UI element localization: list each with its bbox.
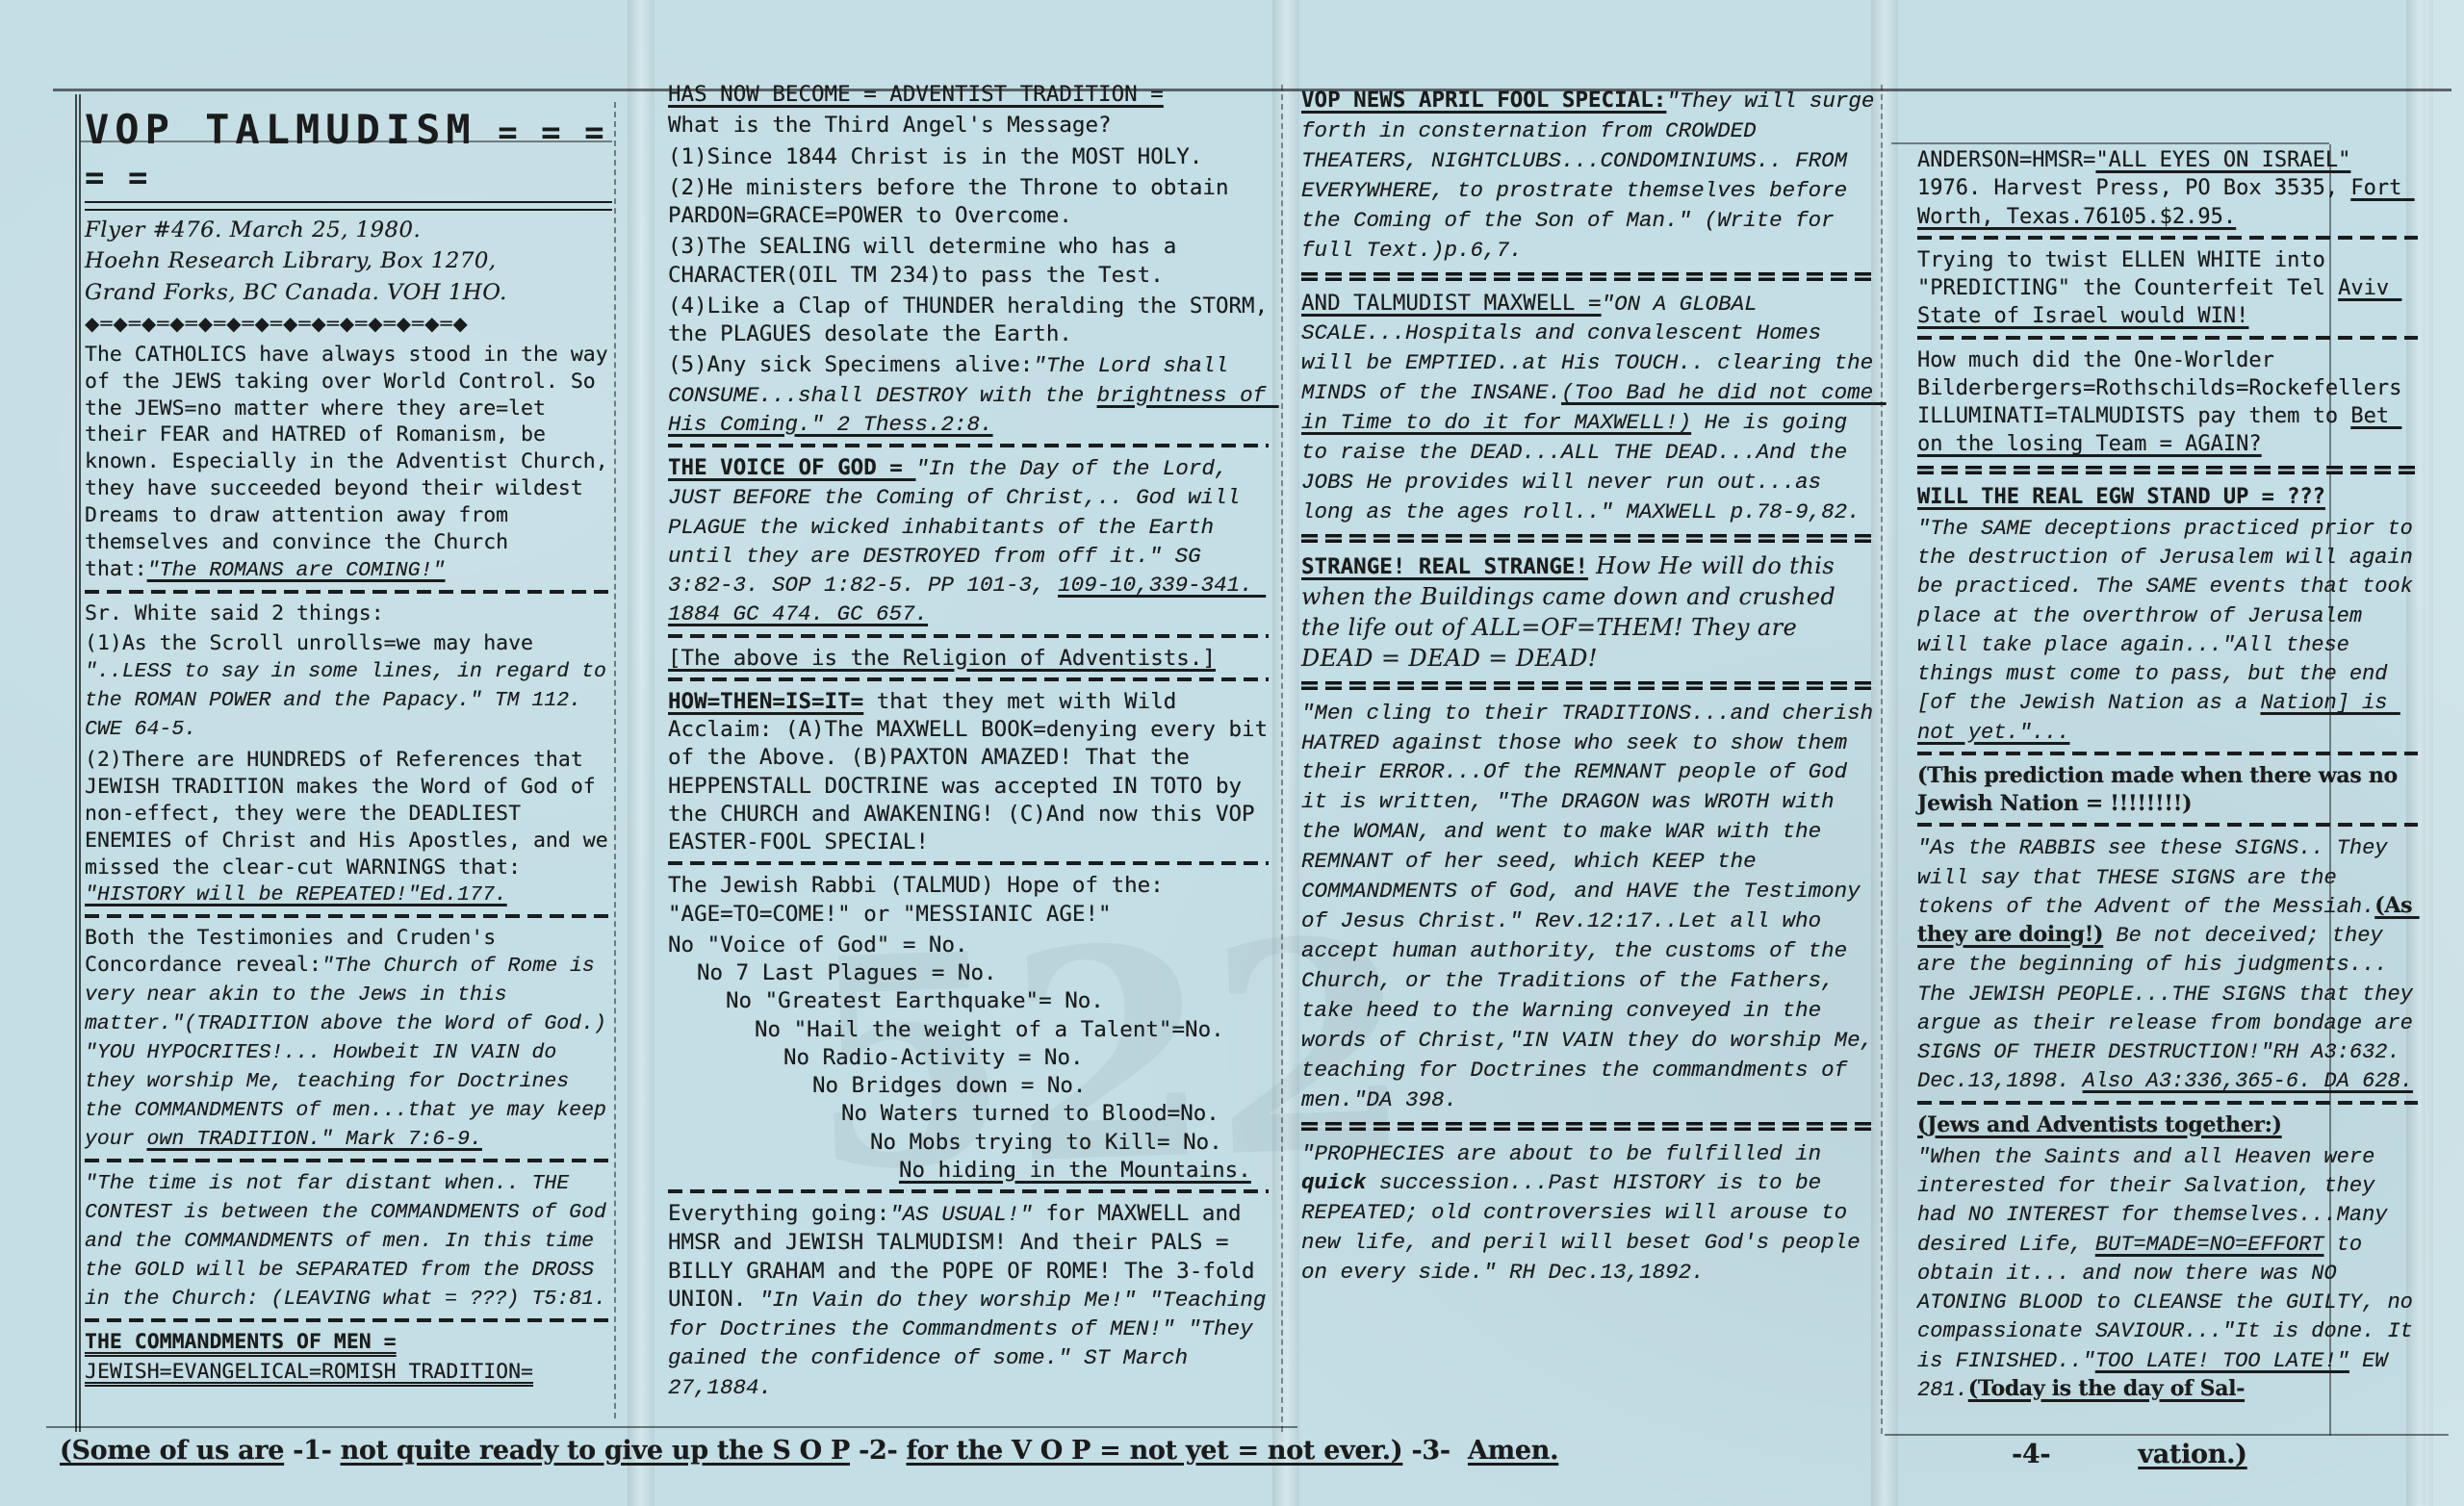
panel4-top-rule <box>1891 142 2329 144</box>
text-run: (3)The SEALING will determine who has a … <box>668 234 1190 287</box>
text-run: (Jews and Adventists together:) <box>1917 1112 2282 1137</box>
text-run: STRANGE! REAL STRANGE! <box>1301 554 1588 579</box>
paragraph: What is the Third Angel's Message? <box>668 112 1269 140</box>
text-run: "HISTORY will be REPEATED!"Ed.177. <box>85 883 507 906</box>
stair-item: No hiding in the Mountains. <box>668 1157 1269 1185</box>
text-run: (Some of us are <box>60 1436 284 1466</box>
divider-heavy <box>1301 1122 1875 1131</box>
paragraph: HOW=THEN=IS=IT= that they met with Wild … <box>668 688 1269 857</box>
divider-dashed <box>1917 336 2418 340</box>
paragraph: (1)As the Scroll unrolls=we may have "..… <box>85 630 612 744</box>
text-run: What is the Third Angel's Message? <box>668 113 1112 138</box>
text-run: HAS NOW BECOME = ADVENTIST TRADITION = <box>668 82 1164 107</box>
text-run: Flyer #476. March 25, 1980. <box>85 217 421 242</box>
divider-dashed <box>1917 236 2418 240</box>
column-3: VOP NEWS APRIL FOOL SPECIAL:"They will s… <box>1301 87 1875 1290</box>
stair-item: No Bridges down = No. <box>668 1072 1269 1100</box>
stair-item: No Waters turned to Blood=No. <box>668 1100 1269 1128</box>
paragraph: VOP NEWS APRIL FOOL SPECIAL:"They will s… <box>1301 87 1875 266</box>
divider-dashed <box>668 1189 1269 1193</box>
scanned-flyer-page: 522 VOP TALMUDISM = = = = =Flyer #476. M… <box>0 0 2464 1506</box>
text-run: for the V O P = not yet = not ever.) <box>906 1436 1402 1466</box>
paragraph: STRANGE! REAL STRANGE! How He will do th… <box>1301 551 1875 675</box>
text-run: THE VOICE OF GOD = <box>668 455 915 480</box>
text-run: "Men cling to their TRADITIONS...and che… <box>1301 701 1886 1112</box>
paragraph: (This prediction made when there was no … <box>1917 762 2418 819</box>
stair-item: No "Greatest Earthquake"= No. <box>668 987 1269 1015</box>
text-run: THE COMMANDMENTS OF MEN = <box>85 1330 397 1354</box>
text-run: "The SAME deceptions practiced prior to … <box>1917 517 2425 716</box>
text-run: "The ROMANS are COMING!" <box>147 559 446 582</box>
text-run: (4)Like a Clap of THUNDER heralding the … <box>668 294 1281 346</box>
paper-edge <box>2425 0 2464 1506</box>
stair-item: No "Voice of God" = No. <box>668 932 1269 959</box>
divider-dashed <box>85 914 612 918</box>
text-run: The CATHOLICS have always stood in the w… <box>85 343 621 582</box>
paragraph: "As the RABBIS see these SIGNS.. They wi… <box>1917 833 2418 1095</box>
text-run: HOW=THEN=IS=IT= <box>668 689 863 714</box>
paragraph: Trying to twist ELLEN WHITE into "PREDIC… <box>1917 246 2418 331</box>
text-run: "PROPHECIES are about to be fulfilled in <box>1301 1141 1835 1166</box>
fold-crease <box>628 0 654 1506</box>
divider-dashed <box>1917 1101 2418 1105</box>
divider-double <box>85 201 612 211</box>
paragraph: (4)Like a Clap of THUNDER heralding the … <box>668 293 1269 349</box>
text-run: (1)As the Scroll unrolls=we may have <box>85 631 546 655</box>
divider-dashed <box>85 1318 612 1322</box>
bottom-rule-right <box>1885 1434 2449 1436</box>
text-run: WILL THE REAL EGW STAND UP = ??? <box>1917 485 2325 509</box>
paragraph: Everything going:"AS USUAL!" for MAXWELL… <box>668 1200 1269 1402</box>
divider-dashed <box>1917 752 2418 755</box>
panel3-4-separator <box>1881 85 1883 1434</box>
text-run: The Jewish Rabbi (TALMUD) Hope of the: "… <box>668 873 1176 926</box>
footer-line: (Some of us are -1- not quite ready to g… <box>60 1436 1561 1466</box>
paragraph: Both the Testimonies and Cruden's Concor… <box>85 925 612 1154</box>
text-run: Amen. <box>1468 1436 1558 1466</box>
text-run: TOO LATE! TOO LATE!" <box>2095 1349 2349 1373</box>
paragraph: AND TALMUDIST MAXWELL ="ON A GLOBAL SCAL… <box>1301 290 1875 527</box>
stair-list: No "Voice of God" = No.No 7 Last Plagues… <box>668 932 1269 1185</box>
text-run: BUT=MADE=NO=EFFORT <box>2095 1233 2324 1257</box>
text-run: (2)There are HUNDREDS of References that… <box>85 748 621 880</box>
text-run: "AS USUAL!" <box>889 1202 1033 1227</box>
paragraph: The CATHOLICS have always stood in the w… <box>85 342 612 585</box>
text-run: [The above is the Religion of Adventists… <box>668 646 1216 671</box>
text-run: "As the RABBIS see these SIGNS.. They wi… <box>1917 836 2400 919</box>
text-run: "ALL EYES ON ISRAEL" <box>2095 148 2350 172</box>
paragraph: "When the Saints and all Heaven were int… <box>1917 1142 2418 1404</box>
divider-dashed <box>1917 823 2418 827</box>
paragraph: THE VOICE OF GOD = "In the Day of the Lo… <box>668 454 1269 629</box>
stair-item: No Radio-Activity = No. <box>668 1044 1269 1072</box>
paragraph: HAS NOW BECOME = ADVENTIST TRADITION = <box>668 81 1269 109</box>
paragraph: Grand Forks, BC Canada. VOH 1HO. <box>85 279 612 308</box>
divider-heavy <box>1917 466 2418 474</box>
text-run: succession...Past HISTORY is to be REPEA… <box>1301 1170 1873 1285</box>
divider-heavy <box>1301 272 1875 281</box>
paragraph: Flyer #476. March 25, 1980. <box>85 217 612 245</box>
paragraph: (2)He ministers before the Throne to obt… <box>668 174 1269 231</box>
divider-dashed <box>85 1159 612 1162</box>
text-run: ANDERSON=HMSR= <box>1917 148 2095 172</box>
column-2: HAS NOW BECOME = ADVENTIST TRADITION =Wh… <box>668 81 1269 1405</box>
text-run: AND TALMUDIST MAXWELL = <box>1301 291 1602 316</box>
divider-dashed <box>668 444 1269 447</box>
text-run: "They will surge forth in consternation … <box>1301 89 1887 263</box>
paragraph: THE COMMANDMENTS OF MEN = <box>85 1329 612 1356</box>
text-run: Grand Forks, BC Canada. VOH 1HO. <box>85 280 507 305</box>
text-run: (1)Since 1844 Christ is in the MOST HOLY… <box>668 144 1202 169</box>
text-run: JEWISH=EVANGELICAL=ROMISH TRADITION= <box>85 1360 533 1384</box>
footer-page-number: -4- vation.) <box>2012 1440 2454 1469</box>
fold-crease <box>1272 0 1299 1506</box>
paragraph: The Jewish Rabbi (TALMUD) Hope of the: "… <box>668 872 1269 929</box>
paragraph: WILL THE REAL EGW STAND UP = ??? <box>1917 483 2418 511</box>
document-title: VOP TALMUDISM = = = = = <box>85 104 612 199</box>
text-run: quick <box>1301 1170 1367 1195</box>
text-run: -3- <box>1402 1436 1468 1466</box>
text-run: VOP TALMUDISM <box>85 106 476 153</box>
divider-dashed <box>668 861 1269 865</box>
divider-heavy <box>1301 534 1875 543</box>
text-run: Also A3:336,365-6. DA 628. <box>2083 1069 2413 1093</box>
text-run: Hoehn Research Library, Box 1270, <box>85 248 497 273</box>
text-run: VOP NEWS APRIL FOOL SPECIAL: <box>1301 88 1666 113</box>
paragraph: (5)Any sick Specimens alive:"The Lord sh… <box>668 351 1269 439</box>
text-run: -1- <box>284 1436 341 1466</box>
paragraph: How much did the One-Worlder Bilderberge… <box>1917 346 2418 459</box>
panel1-left-border <box>75 94 81 1432</box>
fold-crease <box>1871 0 1898 1506</box>
bottom-rule-left <box>46 1426 1297 1428</box>
column-4: ANDERSON=HMSR="ALL EYES ON ISRAEL" 1976.… <box>1917 146 2418 1407</box>
text-run: vation.) <box>2138 1440 2246 1469</box>
text-run: own TRADITION." Mark 7:6-9. <box>147 1128 482 1151</box>
text-run: Everything going: <box>668 1201 889 1226</box>
divider-dashed <box>668 634 1269 638</box>
divider-dashed <box>668 677 1269 681</box>
paragraph: JEWISH=EVANGELICAL=ROMISH TRADITION= <box>85 1359 612 1386</box>
paragraph: "The time is not far distant when.. THE … <box>85 1169 612 1314</box>
stair-item: No Mobs trying to Kill= No. <box>668 1129 1269 1157</box>
paragraph: (1)Since 1844 Christ is in the MOST HOLY… <box>668 143 1269 171</box>
text-run: -2- <box>850 1436 907 1466</box>
text-run: "The Church of Rome is very near akin to… <box>85 955 619 1151</box>
text-run: (This prediction made when there was no … <box>1917 763 2404 816</box>
text-run: Trying to twist ELLEN WHITE into "PREDIC… <box>1917 248 2338 300</box>
text-run: (5)Any sick Specimens alive: <box>668 352 1033 377</box>
text-run: Be not deceived; they are the beginning … <box>1917 924 2425 1093</box>
divider-dashed <box>85 590 612 594</box>
divider-heavy <box>1301 681 1875 690</box>
text-run: (LEAVING what = ???) T5:81. <box>271 1288 606 1311</box>
paragraph: (Jews and Adventists together:) <box>1917 1111 2418 1139</box>
text-run: -4- <box>2012 1440 2138 1469</box>
text-run: "..LESS to say in some lines, in regard … <box>85 660 619 741</box>
paragraph: "The SAME deceptions practiced prior to … <box>1917 514 2418 747</box>
text-run: Sr. White said 2 things: <box>85 601 384 625</box>
panel2-3-separator <box>1281 85 1283 1432</box>
paragraph: (3)The SEALING will determine who has a … <box>668 233 1269 290</box>
stair-item: No 7 Last Plagues = No. <box>668 959 1269 987</box>
stair-item: No "Hail the weight of a Talent"=No. <box>668 1016 1269 1044</box>
text-run: (2)He ministers before the Throne to obt… <box>668 175 1242 228</box>
paragraph: ANDERSON=HMSR="ALL EYES ON ISRAEL" 1976.… <box>1917 146 2418 231</box>
paragraph: (2)There are HUNDREDS of References that… <box>85 747 612 910</box>
paragraph: [The above is the Religion of Adventists… <box>668 645 1269 673</box>
text-run: not quite ready to give up the S O P <box>341 1436 850 1466</box>
paragraph: Sr. White said 2 things: <box>85 600 612 627</box>
text-run: How much did the One-Worlder Bilderberge… <box>1917 348 2415 429</box>
text-run: "In Vain do they worship Me!" "Teaching … <box>668 1288 1279 1400</box>
text-run: (Today is the day of Sal- <box>1968 1376 2245 1401</box>
column-1: VOP TALMUDISM = = = = =Flyer #476. March… <box>85 104 612 1388</box>
paragraph: "Men cling to their TRADITIONS...and che… <box>1301 699 1875 1115</box>
paragraph: "PROPHECIES are about to be fulfilled in… <box>1301 1139 1875 1289</box>
divider-diamond: ◆═◆═◆═◆═◆═◆═◆═◆═◆═◆═◆═◆═◆═◆ <box>85 311 612 336</box>
paragraph: Hoehn Research Library, Box 1270, <box>85 247 612 276</box>
